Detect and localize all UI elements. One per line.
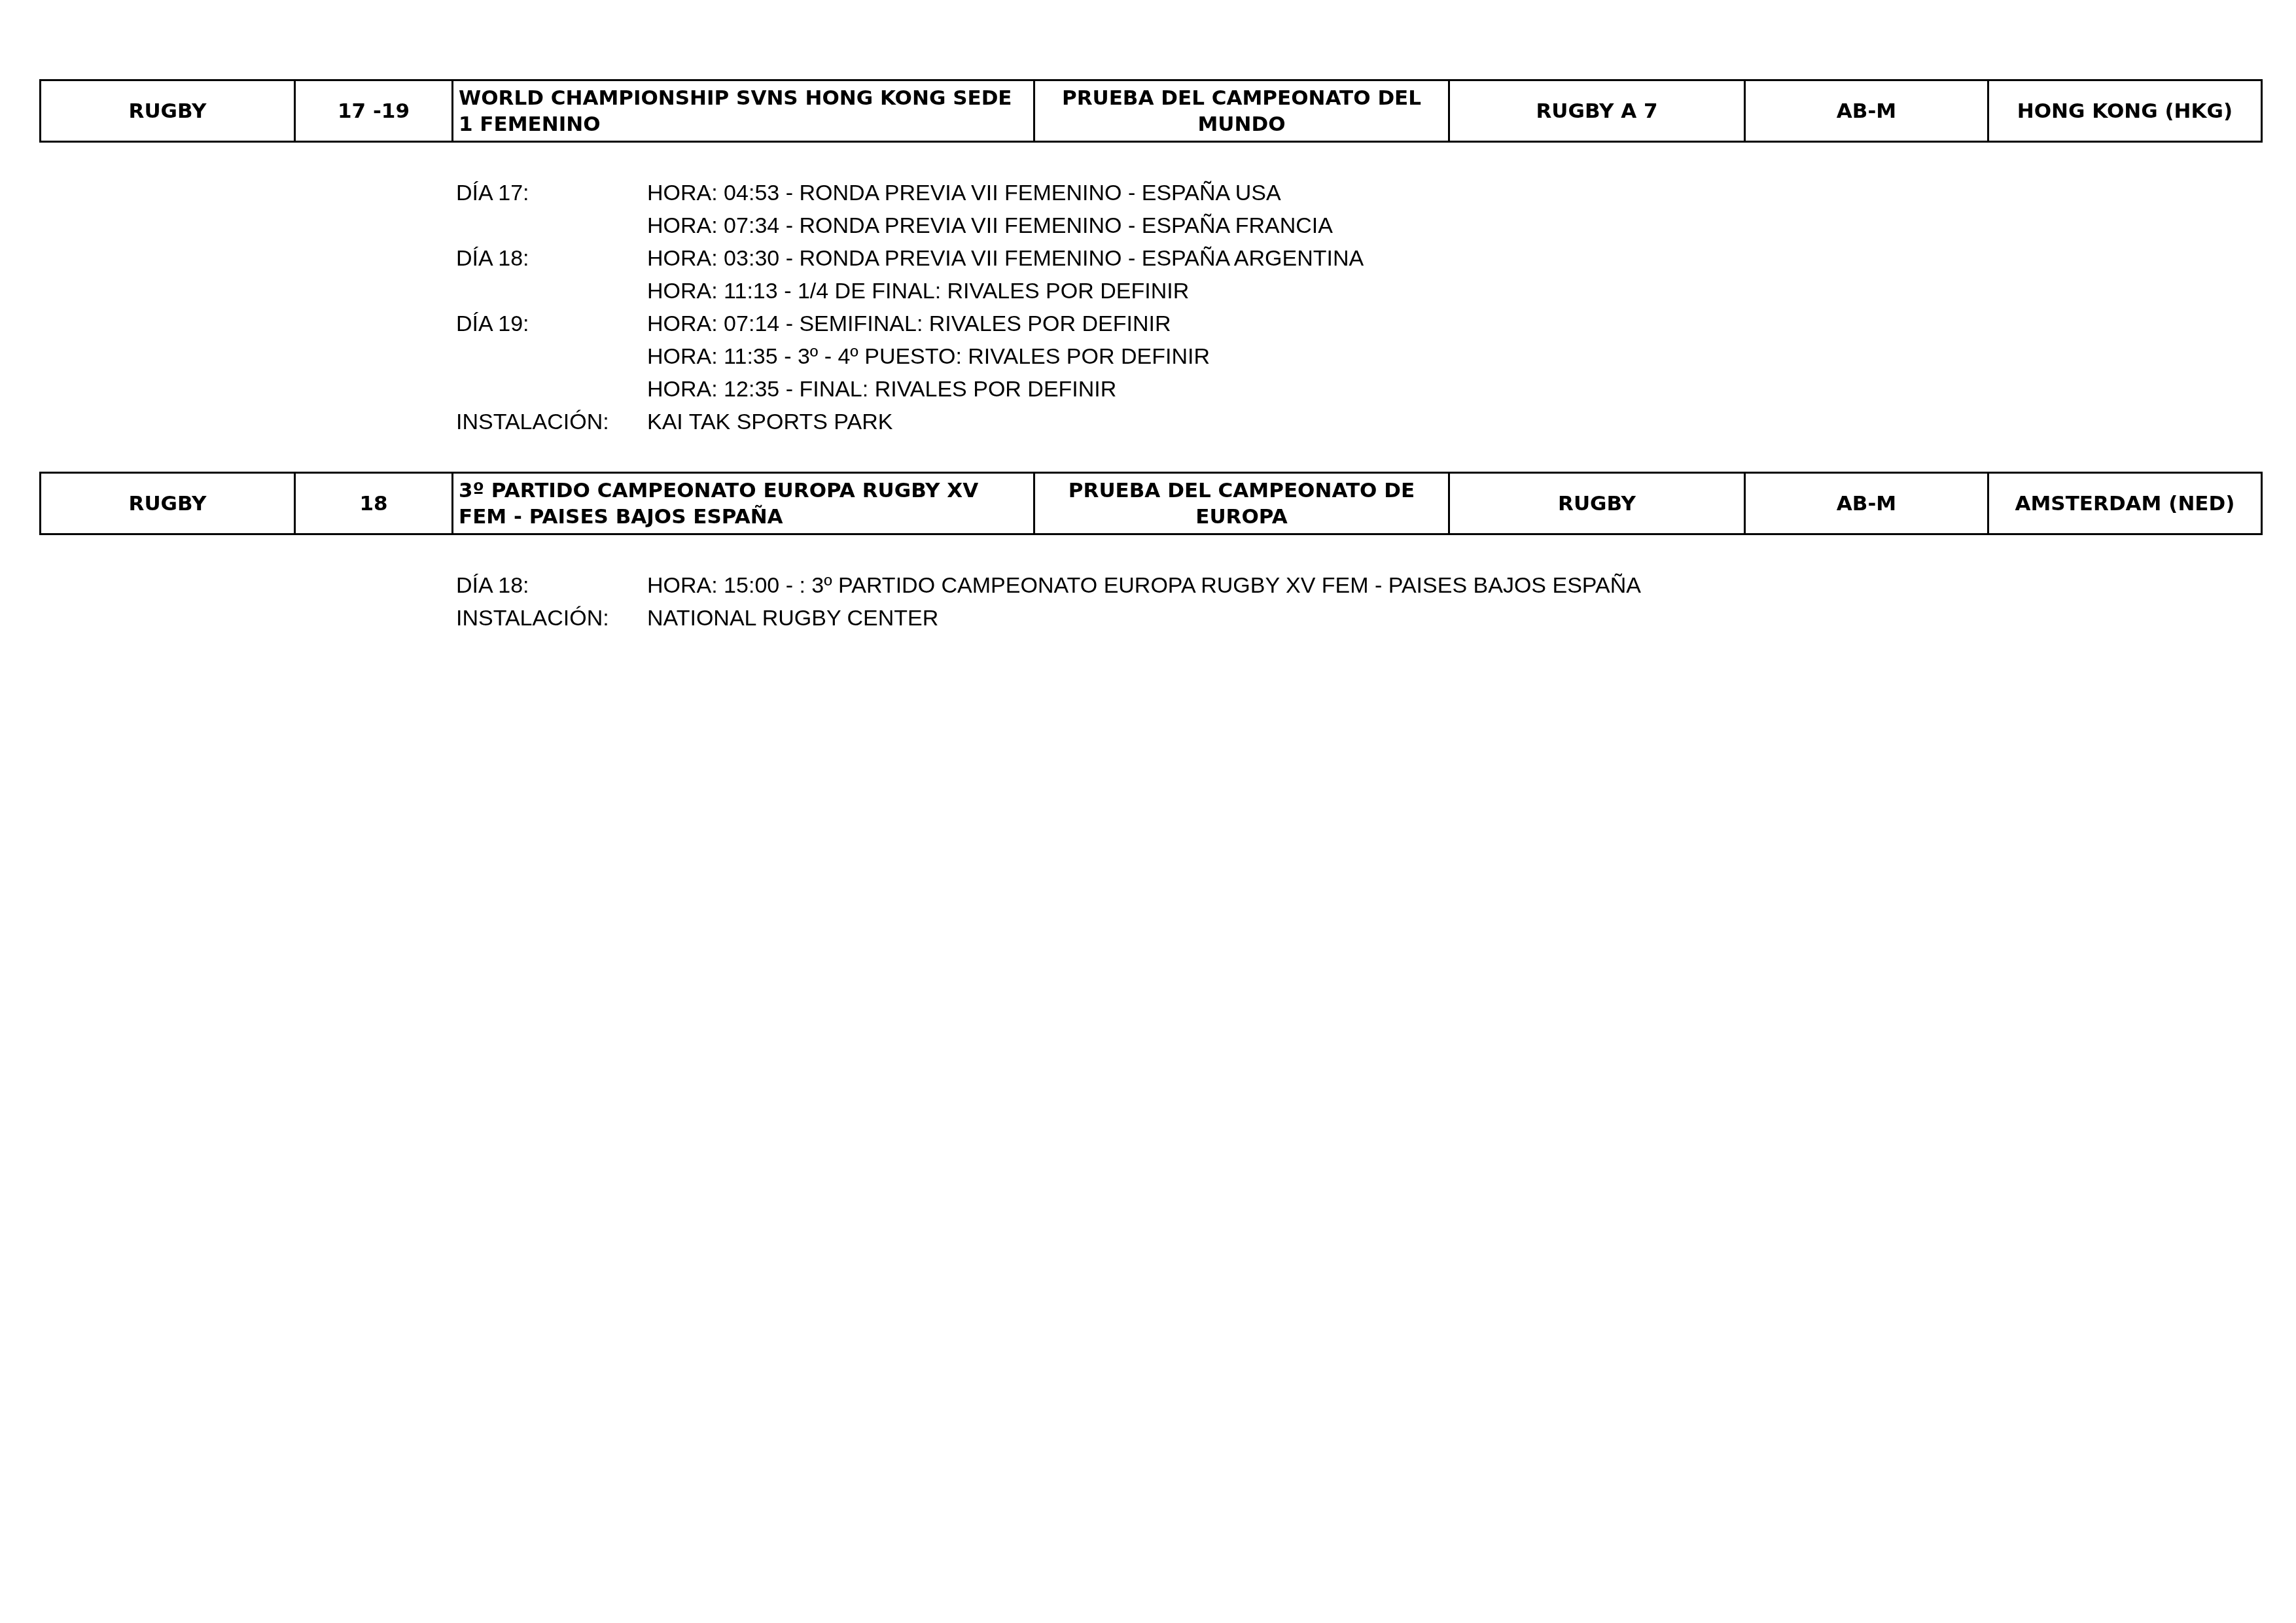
event-table-2: RUGBY 18 3º PARTIDO CAMPEONATO EUROPA RU… (39, 472, 2263, 535)
schedule-entry: HORA: 15:00 - : 3º PARTIDO CAMPEONATO EU… (647, 569, 1641, 602)
event-category: AB-M (1745, 80, 1988, 142)
event-name: WORLD CHAMPIONSHIP SVNS HONG KONG SEDE 1… (453, 80, 1034, 142)
venue-label: INSTALACIÓN: (456, 602, 647, 635)
venue-label: INSTALACIÓN: (456, 406, 647, 438)
schedule-day-label (456, 340, 647, 373)
schedule-day-label: DÍA 17: (456, 177, 647, 209)
schedule-entry: HORA: 07:14 - SEMIFINAL: RIVALES POR DEF… (647, 307, 1171, 340)
event-table-1: RUGBY 17 -19 WORLD CHAMPIONSHIP SVNS HON… (39, 79, 2263, 143)
event-sport: RUGBY (41, 80, 295, 142)
schedule-line: DÍA 18:HORA: 15:00 - : 3º PARTIDO CAMPEO… (456, 569, 1641, 602)
schedule-entry: HORA: 12:35 - FINAL: RIVALES POR DEFINIR (647, 373, 1116, 406)
schedule-day-label (456, 275, 647, 307)
schedule-line: HORA: 12:35 - FINAL: RIVALES POR DEFINIR (456, 373, 1364, 406)
event-schedule-1: DÍA 17:HORA: 04:53 - RONDA PREVIA VII FE… (456, 177, 1364, 438)
schedule-line: DÍA 18:HORA: 03:30 - RONDA PREVIA VII FE… (456, 242, 1364, 275)
event-category: AB-M (1745, 473, 1988, 534)
event-name: 3º PARTIDO CAMPEONATO EUROPA RUGBY XV FE… (453, 473, 1034, 534)
schedule-line: HORA: 07:34 - RONDA PREVIA VII FEMENINO … (456, 209, 1364, 242)
schedule-day-label: DÍA 19: (456, 307, 647, 340)
event-row: RUGBY 17 -19 WORLD CHAMPIONSHIP SVNS HON… (41, 80, 2262, 142)
schedule-line: HORA: 11:35 - 3º - 4º PUESTO: RIVALES PO… (456, 340, 1364, 373)
event-sport: RUGBY (41, 473, 295, 534)
schedule-day-label (456, 209, 647, 242)
event-discipline: RUGBY (1449, 473, 1745, 534)
schedule-day-label: DÍA 18: (456, 569, 647, 602)
venue-line: INSTALACIÓN:KAI TAK SPORTS PARK (456, 406, 1364, 438)
venue-value: NATIONAL RUGBY CENTER (647, 602, 938, 635)
event-competition: PRUEBA DEL CAMPEONATO DEL MUNDO (1034, 80, 1449, 142)
schedule-day-label: DÍA 18: (456, 242, 647, 275)
event-row: RUGBY 18 3º PARTIDO CAMPEONATO EUROPA RU… (41, 473, 2262, 534)
venue-line: INSTALACIÓN:NATIONAL RUGBY CENTER (456, 602, 1641, 635)
event-days: 18 (295, 473, 453, 534)
schedule-line: HORA: 11:13 - 1/4 DE FINAL: RIVALES POR … (456, 275, 1364, 307)
event-location: AMSTERDAM (NED) (1988, 473, 2262, 534)
event-days: 17 -19 (295, 80, 453, 142)
venue-value: KAI TAK SPORTS PARK (647, 406, 892, 438)
schedule-entry: HORA: 11:35 - 3º - 4º PUESTO: RIVALES PO… (647, 340, 1210, 373)
event-competition: PRUEBA DEL CAMPEONATO DE EUROPA (1034, 473, 1449, 534)
event-location: HONG KONG (HKG) (1988, 80, 2262, 142)
schedule-entry: HORA: 03:30 - RONDA PREVIA VII FEMENINO … (647, 242, 1364, 275)
schedule-entry: HORA: 11:13 - 1/4 DE FINAL: RIVALES POR … (647, 275, 1189, 307)
event-schedule-2: DÍA 18:HORA: 15:00 - : 3º PARTIDO CAMPEO… (456, 569, 1641, 635)
schedule-entry: HORA: 07:34 - RONDA PREVIA VII FEMENINO … (647, 209, 1333, 242)
schedule-entry: HORA: 04:53 - RONDA PREVIA VII FEMENINO … (647, 177, 1281, 209)
schedule-day-label (456, 373, 647, 406)
schedule-line: DÍA 17:HORA: 04:53 - RONDA PREVIA VII FE… (456, 177, 1364, 209)
event-discipline: RUGBY A 7 (1449, 80, 1745, 142)
schedule-line: DÍA 19:HORA: 07:14 - SEMIFINAL: RIVALES … (456, 307, 1364, 340)
